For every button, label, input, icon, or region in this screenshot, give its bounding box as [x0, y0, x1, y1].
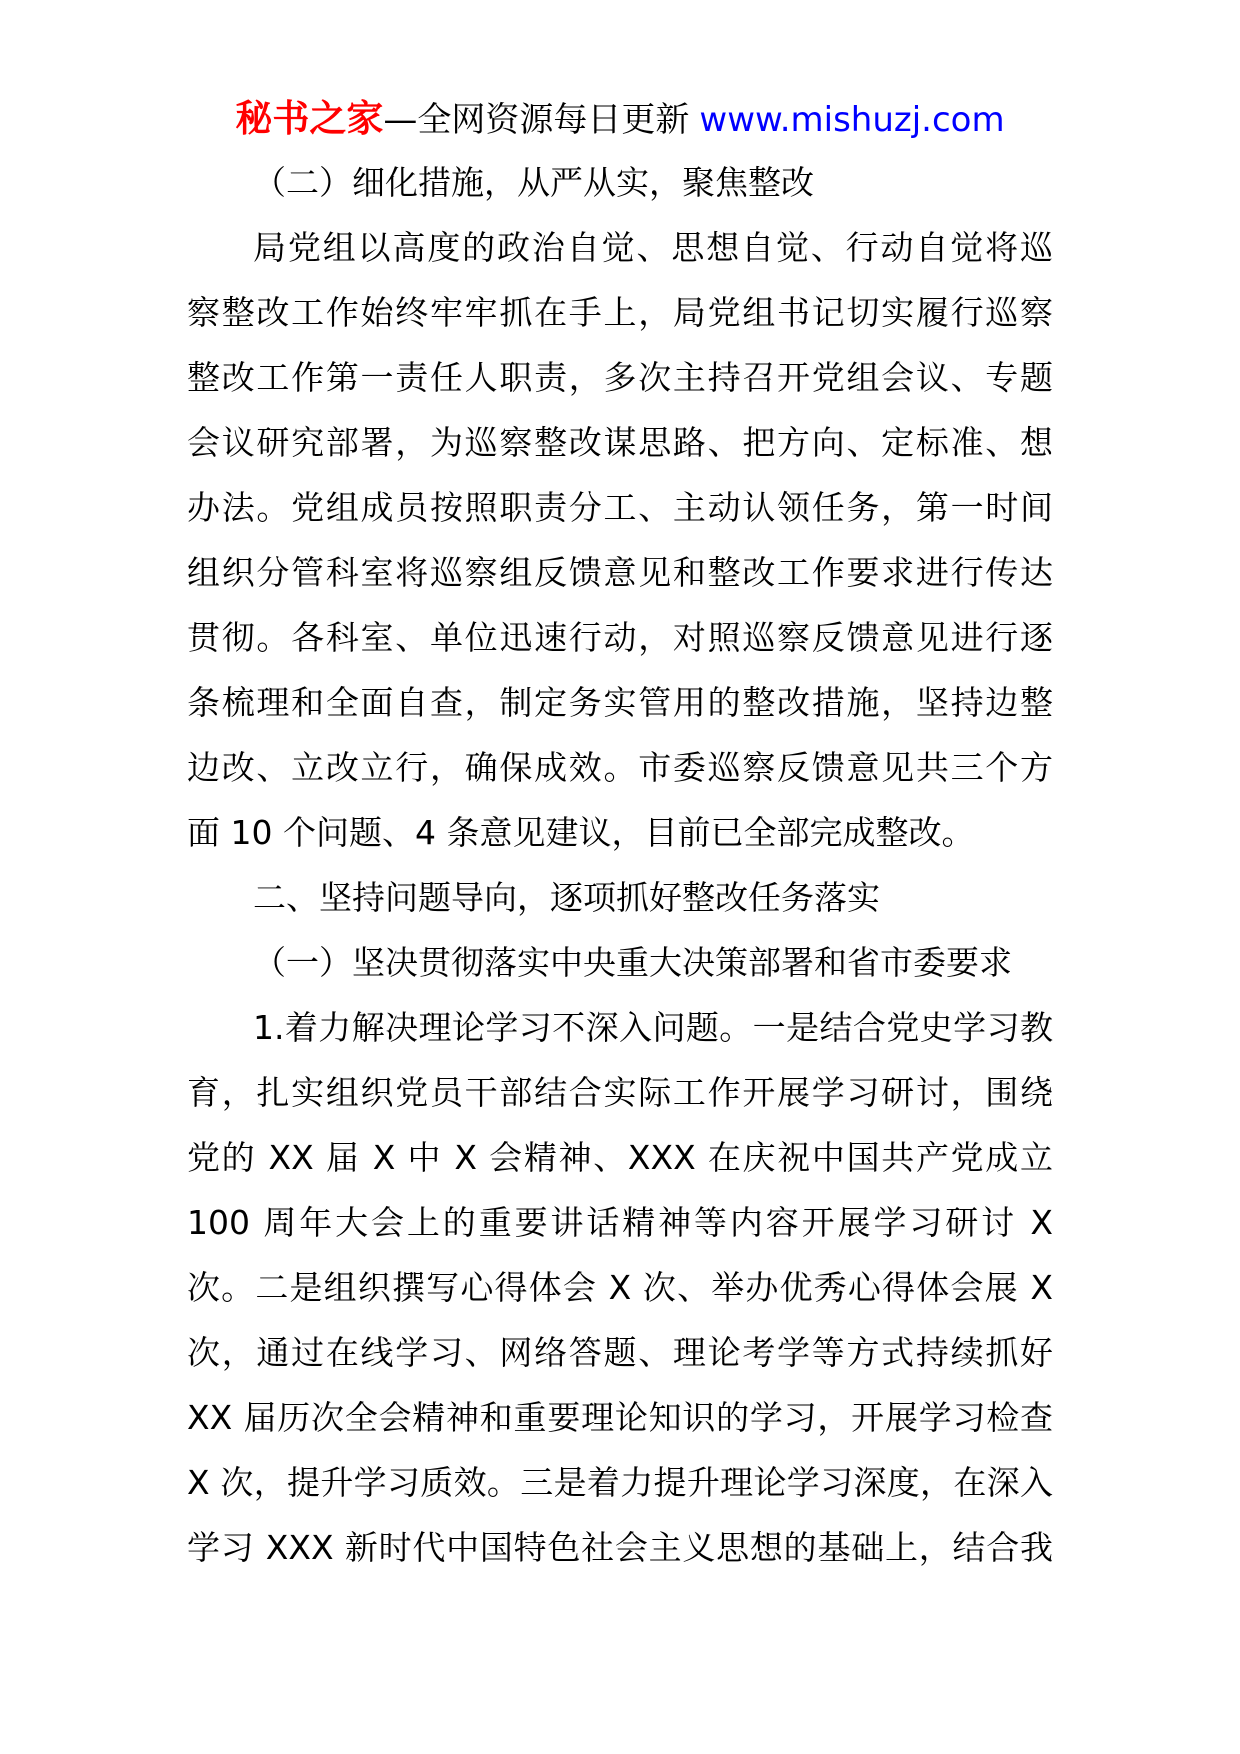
header-tagline: —全网资源每日更新	[383, 100, 689, 140]
text-line: 组织分管科室将巡察组反馈意见和整改工作要求进行传达	[187, 540, 1053, 605]
text-line: 条梳理和全面自查，制定务实管用的整改措施，坚持边整	[187, 670, 1053, 735]
text-line: 次。二是组织撰写心得体会 X 次、举办优秀心得体会展 X	[187, 1255, 1053, 1320]
text-line: 办法。党组成员按照职责分工、主动认领任务，第一时间	[187, 475, 1053, 540]
document-body: （二）细化措施，从严从实，聚焦整改局党组以高度的政治自觉、思想自觉、行动自觉将巡…	[187, 150, 1053, 1580]
text-line: XX 届历次全会精神和重要理论知识的学习，开展学习检查	[187, 1385, 1053, 1450]
heading-line: 二、坚持问题导向，逐项抓好整改任务落实	[187, 865, 1053, 930]
text-line: 次，通过在线学习、网络答题、理论考学等方式持续抓好	[187, 1320, 1053, 1385]
text-line: 整改工作第一责任人职责，多次主持召开党组会议、专题	[187, 345, 1053, 410]
text-line: 育，扎实组织党员干部结合实际工作开展学习研讨，围绕	[187, 1060, 1053, 1125]
text-line: 学习 XXX 新时代中国特色社会主义思想的基础上，结合我	[187, 1515, 1053, 1580]
text-line: X 次，提升学习质效。三是着力提升理论学习深度，在深入	[187, 1450, 1053, 1515]
text-line: 局党组以高度的政治自觉、思想自觉、行动自觉将巡	[187, 215, 1053, 280]
text-line: 100 周年大会上的重要讲话精神等内容开展学习研讨 X	[187, 1190, 1053, 1255]
text-line: 贯彻。各科室、单位迅速行动，对照巡察反馈意见进行逐	[187, 605, 1053, 670]
text-line: 会议研究部署，为巡察整改谋思路、把方向、定标准、想	[187, 410, 1053, 475]
heading-line: （一）坚决贯彻落实中央重大决策部署和省市委要求	[187, 930, 1053, 995]
text-line: 党的 XX 届 X 中 X 会精神、XXX 在庆祝中国共产党成立	[187, 1125, 1053, 1190]
site-name: 秘书之家	[235, 97, 383, 140]
heading-line: （二）细化措施，从严从实，聚焦整改	[187, 150, 1053, 215]
document-page: 秘书之家—全网资源每日更新www.mishuzj.com （二）细化措施，从严从…	[0, 0, 1240, 1754]
page-header: 秘书之家—全网资源每日更新www.mishuzj.com	[0, 94, 1240, 145]
text-line: 察整改工作始终牢牢抓在手上，局党组书记切实履行巡察	[187, 280, 1053, 345]
text-line: 1.着力解决理论学习不深入问题。一是结合党史学习教	[187, 995, 1053, 1060]
text-line: 面 10 个问题、4 条意见建议，目前已全部完成整改。	[187, 800, 1053, 865]
text-line: 边改、立改立行，确保成效。市委巡察反馈意见共三个方	[187, 735, 1053, 800]
site-url-link[interactable]: www.mishuzj.com	[699, 100, 1004, 140]
